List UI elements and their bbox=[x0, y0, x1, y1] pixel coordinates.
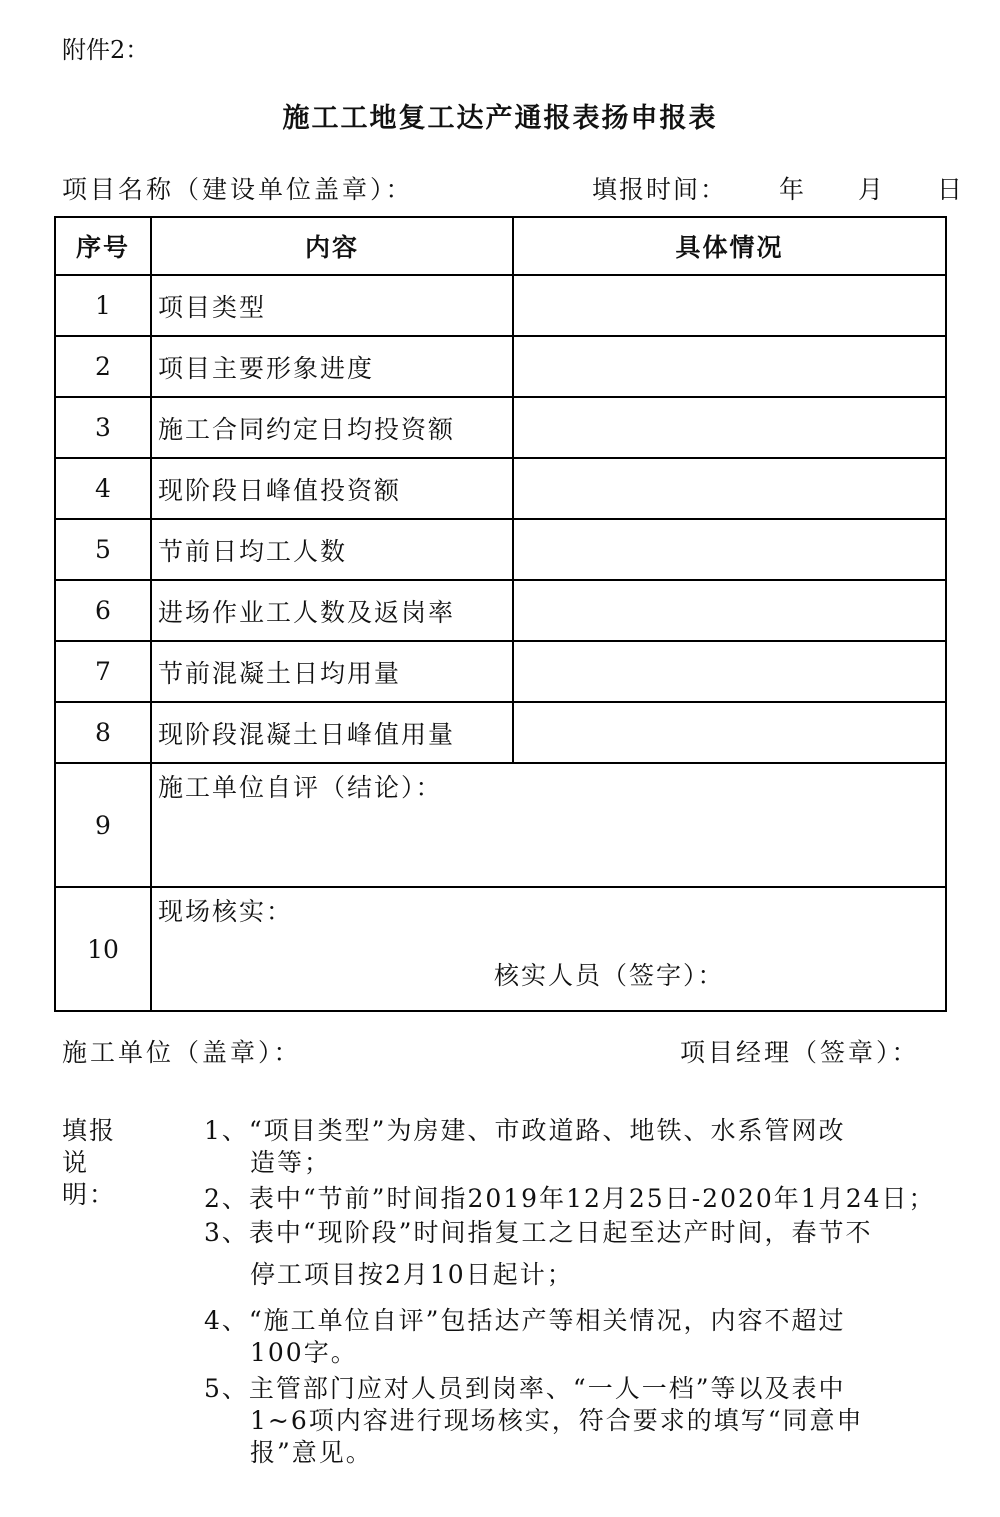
verifier-signature-label: 核实人员（签字）： bbox=[494, 956, 725, 992]
instruction-line: 报”意见。 bbox=[204, 1437, 864, 1469]
site-verification-label: 现场核实： bbox=[158, 892, 293, 928]
row-item: 项目类型 bbox=[151, 275, 513, 336]
row-number: 9 bbox=[55, 763, 151, 887]
row-number: 1 bbox=[55, 275, 151, 336]
row-item: 现阶段日峰值投资额 bbox=[151, 458, 513, 519]
fill-time: 填报时间：年月日 bbox=[592, 170, 964, 206]
row-item: 进场作业工人数及返岗率 bbox=[151, 580, 513, 641]
instruction-line: 100字。 bbox=[204, 1337, 845, 1369]
page-title: 施工工地复工达产通报表扬申报表 bbox=[0, 96, 1000, 135]
row-detail-cell[interactable] bbox=[513, 458, 946, 519]
row-item: 施工合同约定日均投资额 bbox=[151, 397, 513, 458]
row-detail-cell[interactable] bbox=[513, 519, 946, 580]
instruction-item: 2、表中“节前”时间指2019年12月25日-2020年1月24日； bbox=[204, 1183, 936, 1215]
instruction-item: 1、“项目类型”为房建、市政道路、地铁、水系管网改 造等； bbox=[204, 1115, 845, 1179]
table-row: 7 节前混凝土日均用量 bbox=[55, 641, 946, 702]
table-row: 8 现阶段混凝土日峰值用量 bbox=[55, 702, 946, 763]
row-number: 3 bbox=[55, 397, 151, 458]
project-name-label: 项目名称（建设单位盖章）： bbox=[62, 170, 414, 206]
instruction-line: 1、“项目类型”为房建、市政道路、地铁、水系管网改 bbox=[204, 1116, 845, 1145]
table-row: 6 进场作业工人数及返岗率 bbox=[55, 580, 946, 641]
self-evaluation-label: 施工单位自评（结论）： bbox=[158, 768, 443, 804]
row-number: 10 bbox=[55, 887, 151, 1011]
table-row: 2 项目主要形象进度 bbox=[55, 336, 946, 397]
row-number: 4 bbox=[55, 458, 151, 519]
table-row: 5 节前日均工人数 bbox=[55, 519, 946, 580]
instruction-line: 5、主管部门应对人员到岗率、“一人一档”等以及表中 bbox=[204, 1374, 845, 1403]
instruction-line: 4、“施工单位自评”包括达产等相关情况，内容不超过 bbox=[204, 1306, 845, 1335]
row-item: 现阶段混凝土日峰值用量 bbox=[151, 702, 513, 763]
instruction-line: 3、表中“现阶段”时间指复工之日起至达产时间，春节不 bbox=[204, 1218, 872, 1247]
project-manager-seal-label: 项目经理（签章）： bbox=[680, 1033, 920, 1069]
contractor-seal-label: 施工单位（盖章）： bbox=[62, 1033, 302, 1069]
table-row-self-evaluation: 9 施工单位自评（结论）： bbox=[55, 763, 946, 887]
attachment-label: 附件2： bbox=[62, 30, 149, 65]
self-evaluation-cell[interactable]: 施工单位自评（结论）： bbox=[151, 763, 946, 887]
column-header-detail: 具体情况 bbox=[513, 217, 946, 275]
row-number: 2 bbox=[55, 336, 151, 397]
month-label: 月 bbox=[858, 170, 885, 206]
table-row-site-verification: 10 现场核实： 核实人员（签字）： bbox=[55, 887, 946, 1011]
row-item: 节前混凝土日均用量 bbox=[151, 641, 513, 702]
table-row: 1 项目类型 bbox=[55, 275, 946, 336]
row-item: 项目主要形象进度 bbox=[151, 336, 513, 397]
row-detail-cell[interactable] bbox=[513, 336, 946, 397]
row-number: 6 bbox=[55, 580, 151, 641]
day-label: 日 bbox=[937, 170, 964, 206]
instructions-lead: 填报说明： bbox=[62, 1115, 116, 1211]
report-table: 序号 内容 具体情况 1 项目类型 2 项目主要形象进度 3 施工合同约定日均投… bbox=[54, 216, 947, 1012]
instruction-line: 2、表中“节前”时间指2019年12月25日-2020年1月24日； bbox=[204, 1184, 936, 1213]
row-number: 7 bbox=[55, 641, 151, 702]
row-detail-cell[interactable] bbox=[513, 275, 946, 336]
instruction-item: 4、“施工单位自评”包括达产等相关情况，内容不超过 100字。 bbox=[204, 1305, 845, 1369]
row-detail-cell[interactable] bbox=[513, 397, 946, 458]
site-verification-cell[interactable]: 现场核实： 核实人员（签字）： bbox=[151, 887, 946, 1011]
column-header-no: 序号 bbox=[55, 217, 151, 275]
row-detail-cell[interactable] bbox=[513, 641, 946, 702]
table-row: 3 施工合同约定日均投资额 bbox=[55, 397, 946, 458]
row-detail-cell[interactable] bbox=[513, 580, 946, 641]
year-label: 年 bbox=[779, 170, 806, 206]
row-number: 5 bbox=[55, 519, 151, 580]
row-item: 节前日均工人数 bbox=[151, 519, 513, 580]
table-row: 4 现阶段日峰值投资额 bbox=[55, 458, 946, 519]
row-number: 8 bbox=[55, 702, 151, 763]
instruction-item: 3、表中“现阶段”时间指复工之日起至达产时间，春节不 停工项目按2月10日起计； bbox=[204, 1217, 872, 1291]
instruction-line: 造等； bbox=[204, 1147, 845, 1179]
table-header-row: 序号 内容 具体情况 bbox=[55, 217, 946, 275]
instruction-item: 5、主管部门应对人员到岗率、“一人一档”等以及表中 1~6项内容进行现场核实，符… bbox=[204, 1373, 864, 1469]
instruction-line: 停工项目按2月10日起计； bbox=[204, 1259, 872, 1291]
row-detail-cell[interactable] bbox=[513, 702, 946, 763]
fill-time-label: 填报时间： bbox=[592, 170, 727, 206]
column-header-item: 内容 bbox=[151, 217, 513, 275]
instruction-line: 1~6项内容进行现场核实，符合要求的填写“同意申 bbox=[204, 1405, 864, 1437]
